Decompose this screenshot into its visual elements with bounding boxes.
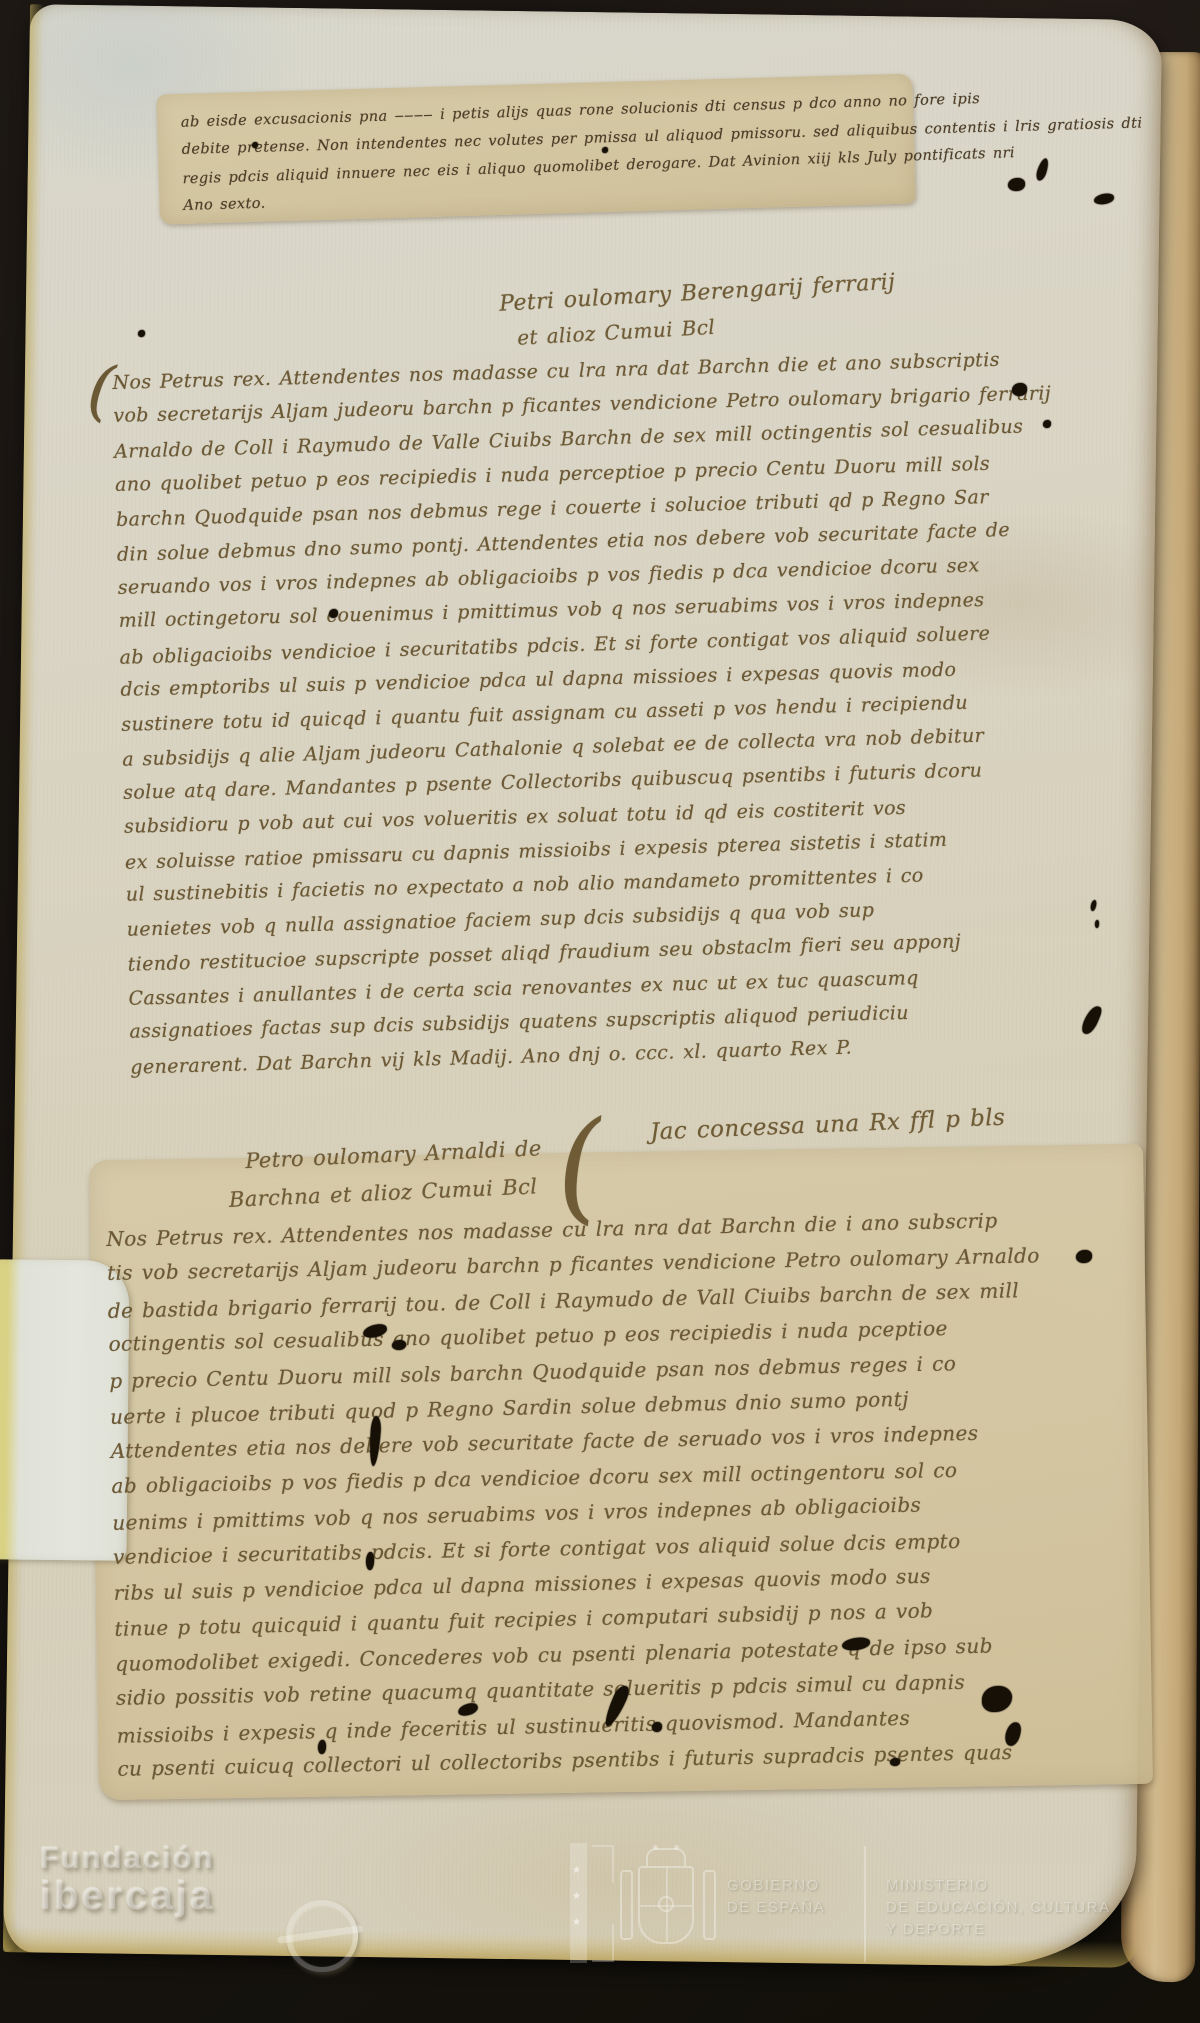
watermark-gobierno: GOBIERNO DE ESPAÑA: [727, 1875, 825, 1919]
ink-blot: [329, 609, 338, 618]
ibercaja-logo-icon: [286, 1900, 358, 1972]
top-note-block: ab eisde excusacionis pna ‒‒‒‒ i petis a…: [180, 87, 903, 220]
entry-first-block: Nos Petrus rex. Attendentes nos madasse …: [112, 339, 1160, 1084]
gobierno-line1: GOBIERNO: [727, 1875, 825, 1897]
watermark-ibercaja: Fundación ibercaja: [40, 1842, 215, 1917]
manuscript-photo: ab eisde excusacionis pna ‒‒‒‒ i petis a…: [0, 0, 1200, 2023]
ink-blot: [1076, 1250, 1092, 1263]
heading-second: Petro oulomary Arnaldi de Barchna et ali…: [226, 1129, 544, 1219]
ministerio-line2: DE EDUCACIÓN, CULTURA: [886, 1897, 1111, 1919]
star-icon: [572, 1891, 581, 1902]
shield-center-icon: [658, 1896, 674, 1912]
ink-blot: [1012, 383, 1027, 396]
ink-blot: [652, 1722, 662, 1732]
ibercaja-line1: Fundación: [40, 1842, 215, 1875]
ink-blot: [366, 1552, 374, 1570]
pillar-icon: [620, 1870, 633, 1940]
ink-blot: [138, 330, 145, 337]
ministerio-line3: Y DEPORTE: [886, 1919, 1111, 1941]
ink-blot: [890, 1758, 900, 1766]
ink-blot: [1043, 420, 1051, 428]
ink-blot: [392, 1340, 406, 1350]
star-icon: [572, 1917, 581, 1928]
star-icon: [572, 1865, 581, 1876]
flag-bar-icon: [570, 1843, 587, 1963]
watermark-separator: [864, 1846, 866, 1962]
gobierno-line2: DE ESPAÑA: [727, 1897, 825, 1919]
ink-blot: [318, 1740, 326, 1754]
ink-blot: [1008, 178, 1025, 191]
frame-bracket-icon: [592, 1845, 614, 1883]
ibercaja-line2: ibercaja: [40, 1875, 215, 1917]
crown-icon: [646, 1848, 686, 1866]
ink-blot: [252, 142, 258, 148]
watermark-ministerio: MINISTERIO DE EDUCACIÓN, CULTURA Y DEPOR…: [886, 1875, 1111, 1941]
pillar-icon: [703, 1870, 716, 1940]
spain-coat-of-arms-icon: [618, 1848, 718, 1960]
ministerio-line1: MINISTERIO: [886, 1875, 1111, 1897]
frame-bracket-icon: [592, 1924, 614, 1962]
ink-blot: [1095, 920, 1099, 928]
ink-blot: [602, 147, 608, 153]
